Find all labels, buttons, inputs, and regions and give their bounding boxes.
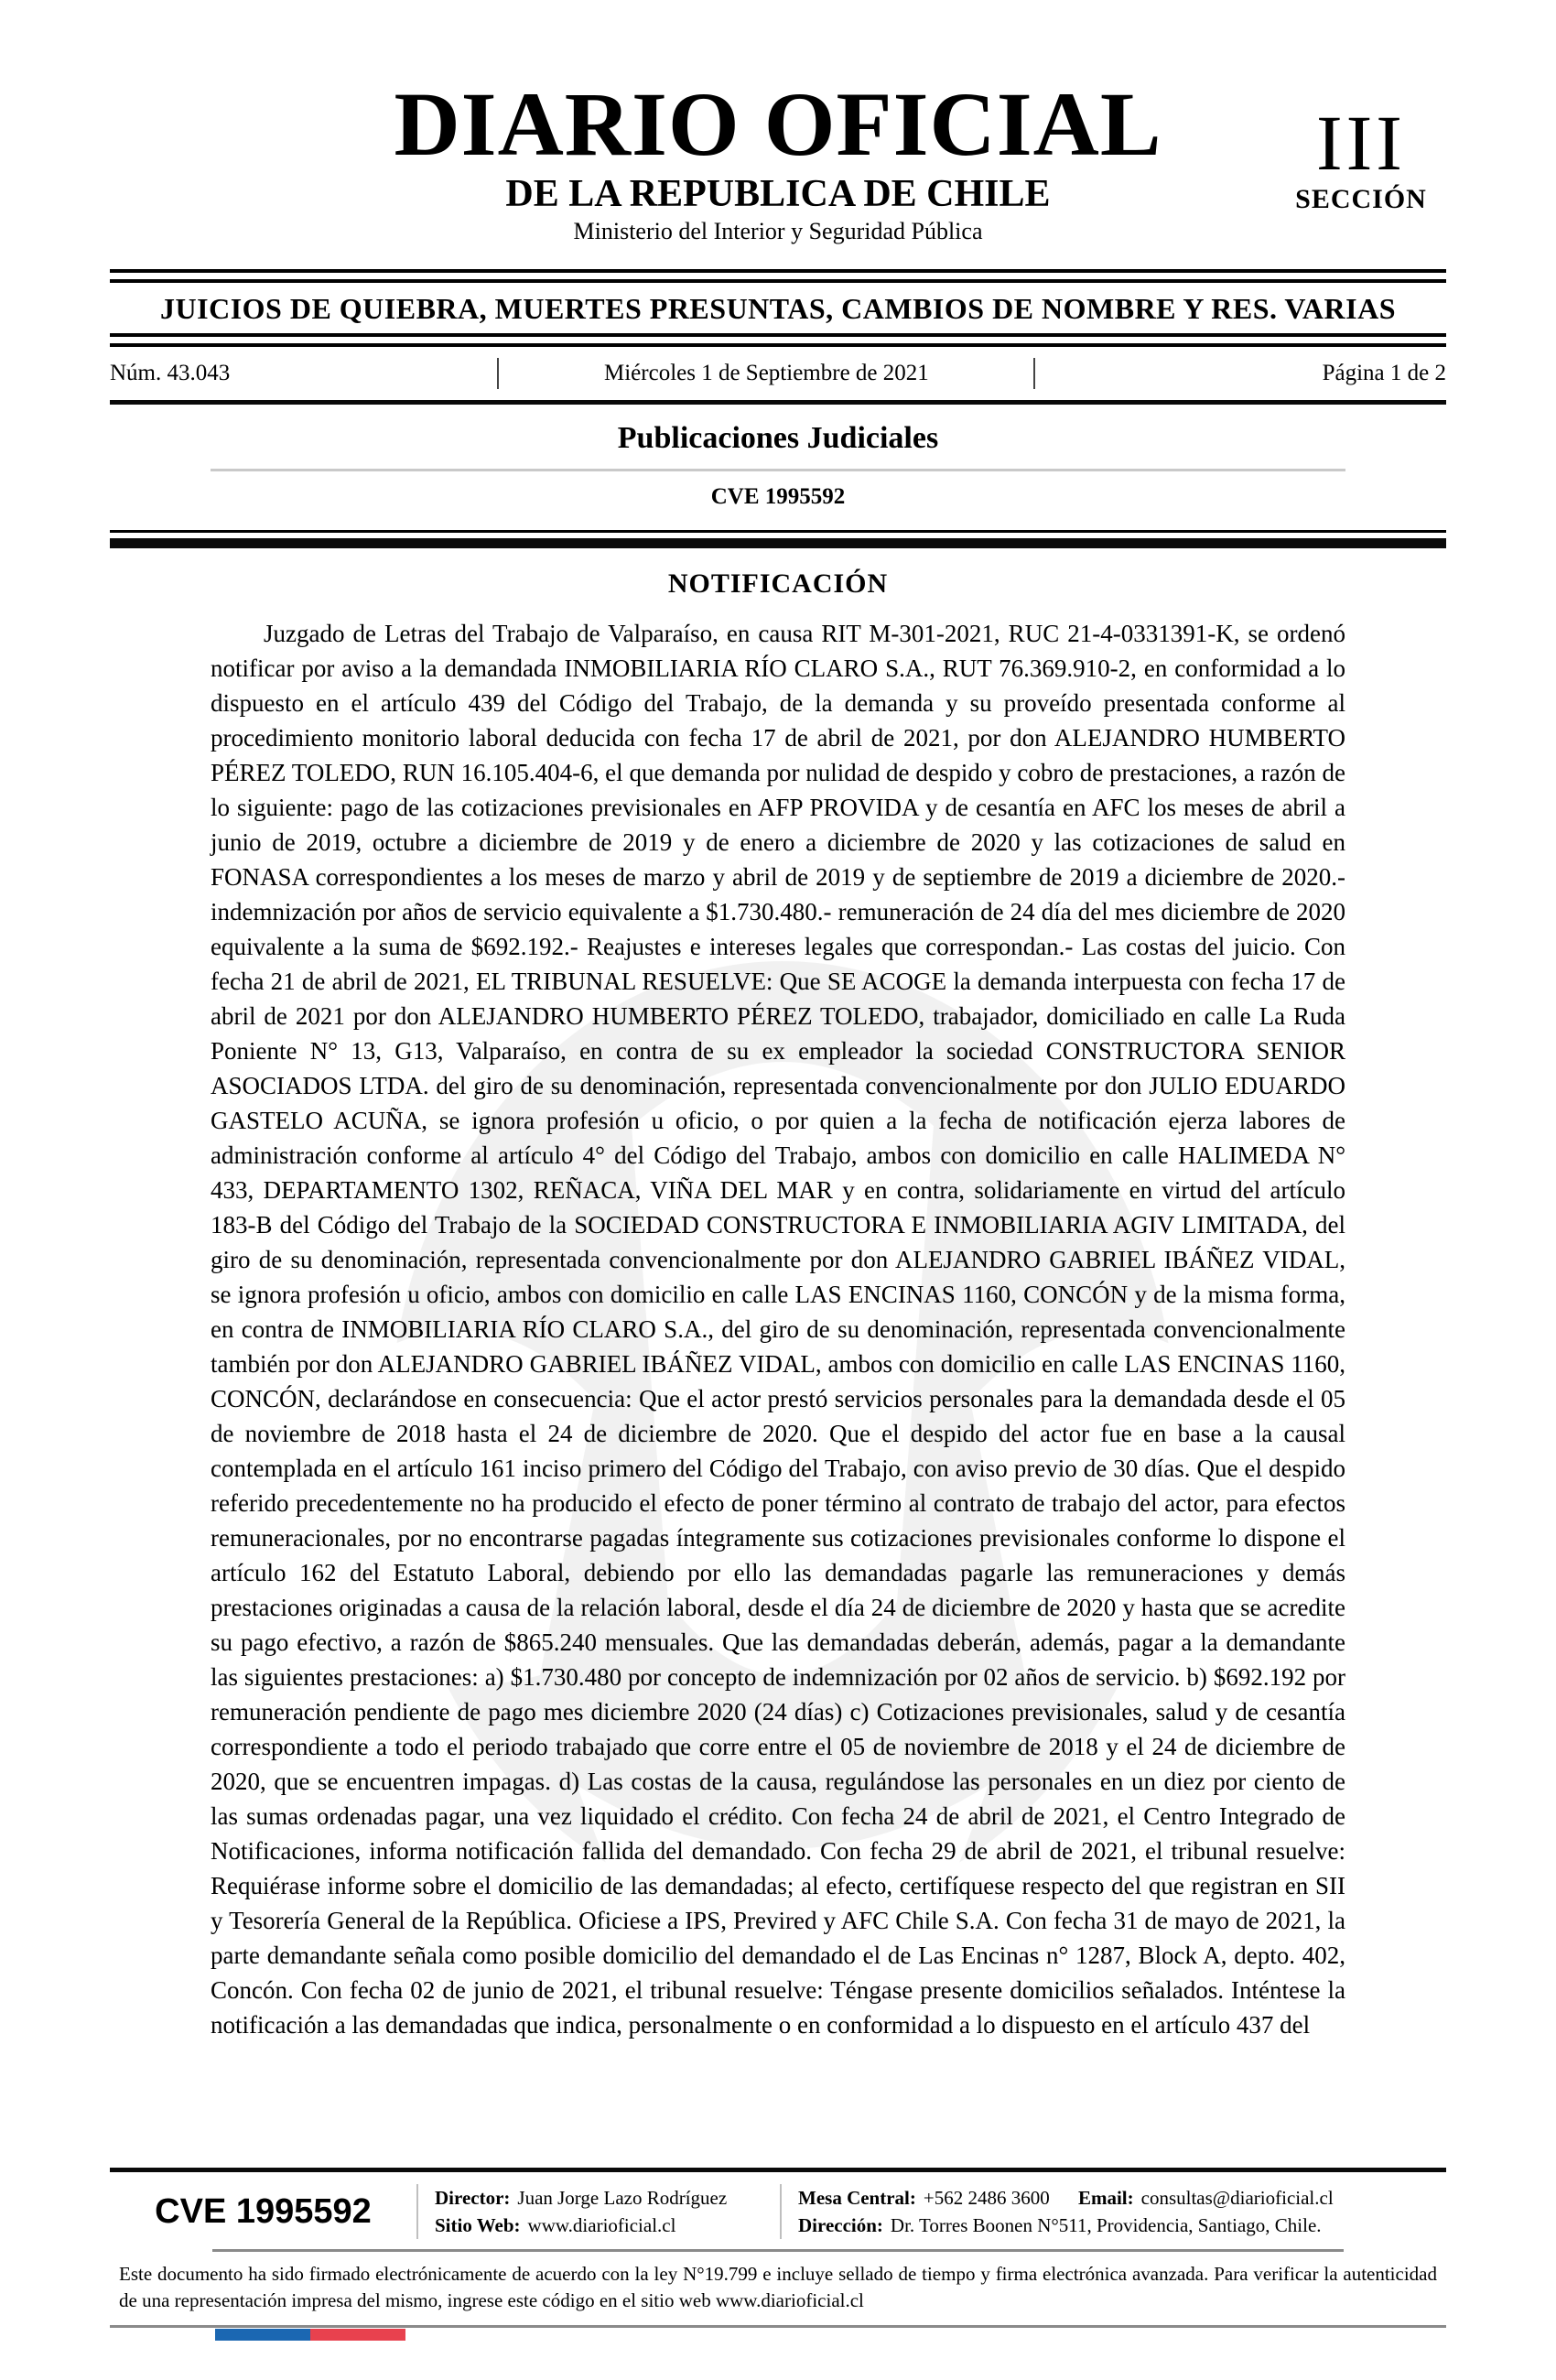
director-name: Juan Jorge Lazo Rodríguez	[517, 2187, 727, 2209]
issue-info-row: Núm. 43.043 Miércoles 1 de Septiembre de…	[110, 352, 1446, 395]
phone-number: +562 2486 3600	[924, 2187, 1050, 2209]
footer-contact-block: Mesa Central:+562 2486 3600 Email:consul…	[782, 2184, 1446, 2239]
issue-number: Núm. 43.043	[110, 361, 497, 386]
footer-phone-email-line: Mesa Central:+562 2486 3600 Email:consul…	[798, 2184, 1446, 2212]
light-divider	[211, 469, 1345, 471]
footer-disclaimer: Este documento ha sido firmado electróni…	[119, 2261, 1437, 2314]
section-block: III SECCIÓN	[1283, 108, 1439, 215]
flag-blue-segment	[215, 2329, 310, 2341]
address-value: Dr. Torres Boonen N°511, Providencia, Sa…	[891, 2214, 1322, 2236]
footer-director-block: Director:Juan Jorge Lazo Rodríguez Sitio…	[418, 2184, 780, 2239]
flag-red-segment	[310, 2329, 405, 2341]
notification-body-text: Juzgado de Letras del Trabajo de Valpara…	[211, 616, 1345, 2042]
footer-director-line: Director:Juan Jorge Lazo Rodríguez	[435, 2184, 780, 2212]
issue-date: Miércoles 1 de Septiembre de 2021	[499, 361, 1033, 386]
footer-contact-row: CVE 1995592 Director:Juan Jorge Lazo Rod…	[110, 2181, 1446, 2242]
email-address: consultas@diarioficial.cl	[1141, 2187, 1334, 2209]
director-label: Director:	[435, 2187, 510, 2209]
masthead: DIARIO OFICIAL DE LA REPUBLICA DE CHILE …	[0, 0, 1556, 245]
double-rule-under-band	[110, 333, 1446, 347]
section-label: SECCIÓN	[1283, 184, 1439, 215]
cve-heading: CVE 1995592	[0, 484, 1556, 510]
website-label: Sitio Web:	[435, 2214, 521, 2236]
footer-gray-rule	[212, 2249, 1344, 2252]
phone-label: Mesa Central:	[798, 2187, 916, 2209]
double-rule-top	[110, 269, 1446, 283]
masthead-ministry: Ministerio del Interior y Seguridad Públ…	[0, 218, 1556, 245]
footer: CVE 1995592 Director:Juan Jorge Lazo Rod…	[0, 2168, 1556, 2341]
issue-page-number: Página 1 de 2	[1035, 361, 1446, 386]
footer-address-line: Dirección:Dr. Torres Boonen N°511, Provi…	[798, 2212, 1446, 2239]
category-band-title: JUICIOS DE QUIEBRA, MUERTES PRESUNTAS, C…	[0, 283, 1556, 333]
publications-heading: Publicaciones Judiciales	[0, 421, 1556, 456]
website-url: www.diarioficial.cl	[528, 2214, 676, 2236]
footer-top-rule	[110, 2168, 1446, 2172]
chile-flag-bar	[215, 2329, 405, 2341]
section-roman-numeral: III	[1283, 108, 1439, 178]
rule-under-issue-row	[110, 400, 1446, 405]
footer-cve-code: CVE 1995592	[110, 2192, 416, 2232]
footer-website-line: Sitio Web:www.diarioficial.cl	[435, 2212, 780, 2239]
notification-heading: NOTIFICACIÓN	[0, 568, 1556, 600]
gazette-page: DIARIO OFICIAL DE LA REPUBLICA DE CHILE …	[0, 0, 1556, 2380]
thin-thick-rule	[110, 530, 1446, 548]
address-label: Dirección:	[798, 2214, 883, 2236]
email-label: Email:	[1078, 2187, 1134, 2209]
footer-bottom-rule	[110, 2325, 1446, 2328]
